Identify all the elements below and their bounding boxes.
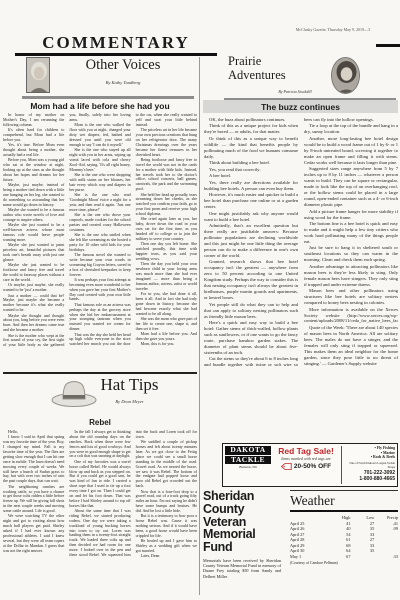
newspaper-page: McClusky Gazette, Thursday May 9, 2019—3… <box>0 0 400 600</box>
weather-table: HighLowPrecipApril 254127.41April 264035… <box>290 515 398 560</box>
rebel-paragraph: He healed up and I gave him to Shirley a… <box>136 539 197 554</box>
mom-article-paragraph: She was the mom who gave part of her lif… <box>136 317 197 332</box>
mom-article-paragraph: Being footloose and fancy free to travel… <box>136 158 197 192</box>
rebel-headline: Rebel <box>3 418 197 427</box>
mom-article-paragraph: Mom is the one who walked the floor with… <box>69 123 130 147</box>
rebel-body: Hello,I know I said in April that spring… <box>3 430 197 592</box>
rebel-paragraph: In the fall I always get to thinking abo… <box>69 430 130 459</box>
dakota-sale-block: Red Tag Sale! Items marked with red tags… <box>273 446 339 484</box>
prairie-adventures-title-line2: Adventures <box>228 69 286 83</box>
weather-box: Weather HighLowPrecipApril 254127.41Apri… <box>290 490 398 565</box>
mom-article-paragraph: It's often hard for children to comprehe… <box>3 128 64 143</box>
column-divider <box>199 57 200 595</box>
mom-article-paragraph: Before you, Mom was a young girl who sat… <box>3 158 64 182</box>
rebel-paragraph: The neighboring ranches are working catt… <box>3 485 64 514</box>
sheridan-body: Memorials have been received by Sheridan… <box>203 558 281 579</box>
buzz-paragraph: However, it's much easier and quicker to… <box>204 192 298 210</box>
rebel-paragraph: Now that is a four-foot drop to a gravel… <box>136 490 197 514</box>
mom-article-paragraph: Maybe she wanted to be a famous author w… <box>3 208 64 223</box>
buzz-paragraph: Another advantage to attracting pollinat… <box>304 264 398 288</box>
mom-article-paragraph: She cried again later as you, her baby, … <box>136 217 197 241</box>
mom-article-paragraph: It was perhaps your first attempt at bec… <box>69 278 130 302</box>
rebel-paragraph: Later, Dean <box>136 554 197 559</box>
mom-article-paragraph: She is the one who drove your carpools, … <box>69 213 130 233</box>
buzz-paragraph: More information is available on the Xer… <box>304 307 398 325</box>
mom-article-paragraph: Just a mother — could that be? Maybe, ju… <box>3 294 64 314</box>
buzz-paragraph: Think of this as a unique project for ki… <box>204 123 298 135</box>
rebel-paragraph: We were watching TV the other night and … <box>3 514 64 553</box>
mom-article-paragraph: Maybe she just wanted to be a well-known… <box>3 223 64 243</box>
other-voices-byline: By Kathy Tandberg <box>52 80 194 85</box>
mom-article-paragraph: For in you, she had done it all, been it… <box>136 292 197 316</box>
mom-article-paragraph: Yes, it's true. Before Mom even thought … <box>3 143 64 158</box>
dakota-info-block: • Fly Fishing• Marine• Rods & Reels One … <box>341 446 395 484</box>
buzz-paragraph: Suggested sizes range anywhere from 5 by… <box>304 166 398 208</box>
weather-cell <box>350 554 374 560</box>
weather-cell: .33 <box>374 554 398 560</box>
dakota-logo-line1: DAKOTA <box>225 446 271 455</box>
mom-article-paragraph: Maybe she just wanted to be footloose an… <box>3 263 64 283</box>
mom-article-paragraph: She is the one who smiled when she felt … <box>69 233 130 253</box>
rebel-paragraph: One of my favorites was a sorrel horse c… <box>69 460 130 509</box>
mom-article-paragraph: She is the one who stayed up all night w… <box>69 148 130 172</box>
prairie-adventures-byline: By Patricia Stockdill <box>240 89 350 94</box>
section-title: COMMENTARY <box>15 33 217 53</box>
buzz-paragraph: Or think of this as a unique way to bene… <box>204 136 298 160</box>
dakota-tackle-ad: DAKOTA TACKLE Bismarck, ND Red Tag Sale!… <box>222 443 398 487</box>
buzz-paragraph: Granted, research shows that bee hotel o… <box>204 259 298 301</box>
dakota-bullet: • Rods & Reels <box>344 455 395 460</box>
hat-tips-rule <box>3 372 197 374</box>
buzz-paragraph: The bottom line is a bee hotel is quick … <box>304 221 398 245</box>
rebel-paragraph: I know I said in April that spring was m… <box>3 435 64 484</box>
mom-article-paragraph: Or maybe, just maybe, she really wanted … <box>3 283 64 293</box>
buzz-body: OK, the buzz about pollinators continues… <box>204 117 398 439</box>
buzz-paragraph: Yes, there really are directions availab… <box>204 180 298 192</box>
red-tag-sale-subtitle: Items marked with red tags are <box>273 456 339 461</box>
mom-article-paragraph: Maybe she just wanted to paint priceless… <box>3 243 64 263</box>
portrait-graphic <box>27 58 50 93</box>
dakota-address: Bismarck, ND <box>225 465 271 469</box>
title-rule <box>15 53 217 56</box>
mom-article-body: In honor of my mother on Mother's Day, I… <box>3 113 197 369</box>
sheridan-title-line: Fund <box>203 541 287 554</box>
dakota-tackle-logo: DAKOTA TACKLE Bismarck, ND <box>225 446 271 484</box>
other-voices-rule <box>22 96 194 99</box>
prairie-adventures-title-line1: Prairie <box>228 55 286 69</box>
buzz-paragraph: Tie a loop at the top of the bundle and … <box>304 123 398 135</box>
header-right-rule <box>376 44 400 47</box>
buzz-paragraph: One might justifiably ask why anyone wou… <box>204 211 298 223</box>
weather-title: Weather <box>290 493 398 512</box>
buzz-paragraph: Add a picture frame hanger for more stab… <box>304 209 398 221</box>
mom-article-paragraph: That famous role as an actress was perha… <box>69 303 130 332</box>
discount-text: 20-50% OFF <box>294 463 331 470</box>
sheridan-title-line: Sheridan <box>203 490 287 503</box>
mom-article-paragraph: She held her head up proudly, tears stre… <box>136 193 197 217</box>
sheridan-title: SheridanCountyVeteranMemorialFund <box>203 490 287 554</box>
mom-article-paragraph: Mom, this is for you. <box>136 342 197 347</box>
buzz-paragraph: OK, the buzz about pollinators continues… <box>204 117 298 123</box>
dakota-logo-line2: TACKLE <box>225 456 271 465</box>
rebel-paragraph: We saddled a couple of pickup horses and… <box>136 440 197 489</box>
buzz-headline: The buzz continues <box>203 102 398 112</box>
dakota-tagline: One of North Dakota's Largest Tackle Sho… <box>344 461 395 469</box>
mom-article-paragraph: The famous novel she wanted to write bec… <box>69 253 130 277</box>
buzz-paragraph: Yet people still do what they can to hel… <box>204 302 298 320</box>
mom-article-paragraph: In honor of my mother on Mother's Day, I… <box>3 113 64 128</box>
mom-article-paragraph: The priceless art in her life became you… <box>136 128 197 157</box>
buzz-paragraph: Think about building a bee hotel. <box>204 160 298 166</box>
red-tag-sale-title: Red Tag Sale! <box>273 446 339 456</box>
buzz-paragraph: Quote of the Week: 'There are about 140 … <box>304 325 398 367</box>
hat-tips-title: Hat Tips <box>62 375 197 395</box>
weather-row: May 167.33 <box>290 554 398 560</box>
mom-article-paragraph: Maybe she thought and thought about you,… <box>3 314 64 334</box>
other-voices-title: Other Voices <box>52 57 194 74</box>
hat-tips-byline: By Dean Meyer <box>62 399 197 404</box>
discount-row: 20-50% OFF <box>273 462 339 471</box>
buzz-paragraph: A bee hotel. <box>204 173 298 179</box>
kathy-tandberg-photo <box>26 57 50 93</box>
buzz-paragraph: Here's a quick and easy way to build a b… <box>204 320 298 356</box>
mom-article-paragraph: She is the one who read 'Goodnight Moon'… <box>69 193 130 213</box>
buzz-paragraph: Mason bees and other pollinators using s… <box>304 288 398 306</box>
mom-article-paragraph: Maybe, just maybe, instead of being a mo… <box>3 183 64 207</box>
masthead-dateline: McClusky Gazette, Thursday May 9, 2019—3 <box>296 27 370 32</box>
rebel-paragraph: But it is a testimony to how poor a hors… <box>136 514 197 538</box>
red-tag-icon <box>281 462 292 471</box>
dakota-bullets: • Fly Fishing• Marine• Rods & Reels <box>344 446 395 460</box>
prairie-adventures-title: Prairie Adventures <box>228 55 286 82</box>
weather-credit: (Courtesy of Candace Pellman) <box>290 561 398 565</box>
sheridan-memorial-ad: SheridanCountyVeteranMemorialFund Memori… <box>203 490 287 579</box>
mom-article-paragraph: She is the one who went shopping with mi… <box>69 173 130 193</box>
mom-article-paragraph: Then the day you held your own newborn c… <box>136 262 197 291</box>
weather-cell: 67 <box>327 554 351 560</box>
buzz-paragraph: Yes, you read that correctly: <box>204 167 298 173</box>
weather-cell: May 1 <box>290 554 327 560</box>
mom-article-paragraph: Then one day you left home. She watched … <box>136 242 197 262</box>
sheridan-title-line: County <box>203 503 287 516</box>
buzz-paragraph: Admittedly, that's an excellent question… <box>204 223 298 259</box>
mom-article-headline: Mom had a life before she had you <box>3 101 197 111</box>
buzz-paragraph: Just be sure to hang it in sheltered sou… <box>304 245 398 263</box>
dakota-phone-2: 1-800-880-4665 <box>344 476 395 482</box>
buzz-paragraph: Another, more long-lasting bee hotel des… <box>304 136 398 166</box>
